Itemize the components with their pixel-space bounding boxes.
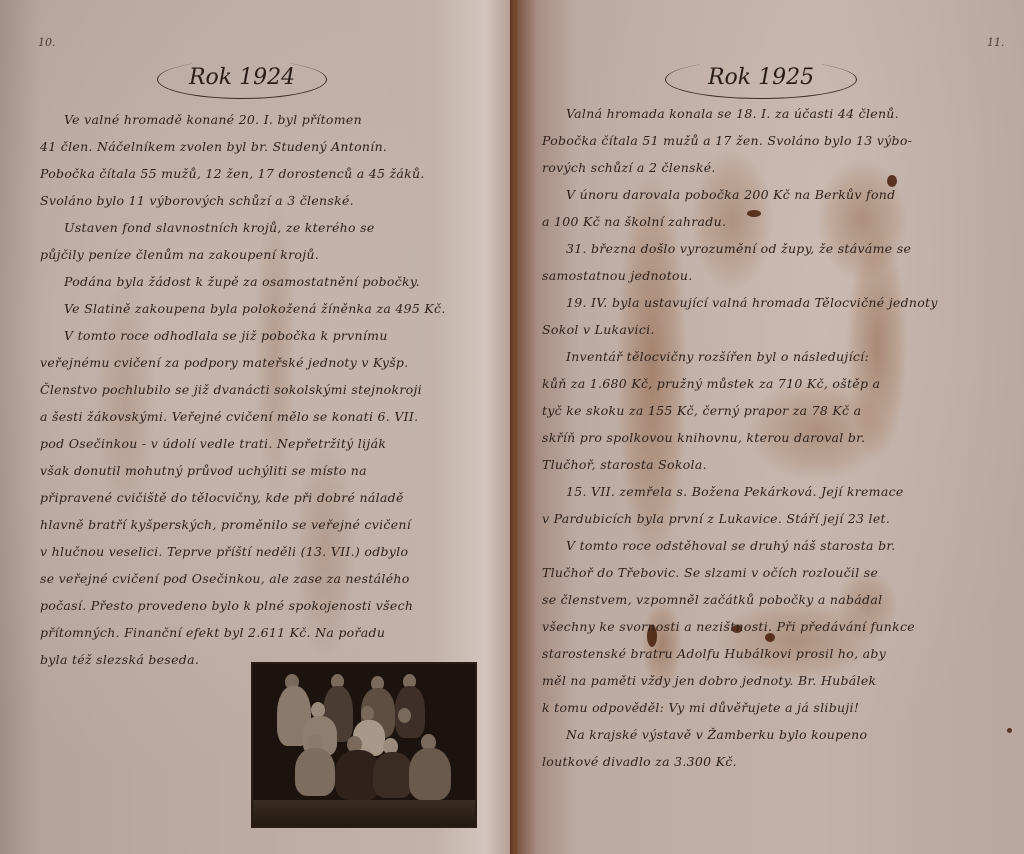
text-line: 15. VII. zemřela s. Božena Pekárková. Je… xyxy=(542,478,1012,505)
text-line: kůň za 1.680 Kč, pružný můstek za 710 Kč… xyxy=(542,370,1012,397)
text-line: Inventář tělocvičny rozšířen byl o násle… xyxy=(542,343,1012,370)
text-line: V únoru darovala pobočka 200 Kč na Berků… xyxy=(542,181,1012,208)
open-chronicle-book: 10. Rok 1924 Ve valné hromadě konané 20.… xyxy=(0,0,1024,854)
text-line: Valná hromada konala se 18. I. za účasti… xyxy=(542,100,1012,127)
text-line: půjčily peníze členům na zakoupení krojů… xyxy=(40,241,495,268)
text-line: skříň pro spolkovou knihovnu, kterou dar… xyxy=(542,424,1012,451)
text-line: Členstvo pochlubilo se již dvanácti soko… xyxy=(40,376,495,403)
text-line: počasí. Přesto provedeno bylo k plné spo… xyxy=(40,592,495,619)
text-line: V tomto roce odstěhoval se druhý náš sta… xyxy=(542,532,1012,559)
text-line: Pobočka čítala 51 mužů a 17 žen. Svoláno… xyxy=(542,127,1012,154)
text-line: hlavně bratří kyšperských, proměnilo se … xyxy=(40,511,495,538)
text-line: 31. března došlo vyrozumění od župy, že … xyxy=(542,235,1012,262)
text-line: a 100 Kč na školní zahradu. xyxy=(542,208,1012,235)
page-number-right: 11. xyxy=(987,36,1005,49)
year-heading-1925: Rok 1925 xyxy=(665,60,857,99)
text-line: Pobočka čítala 55 mužů, 12 žen, 17 doros… xyxy=(40,160,495,187)
text-line: Ustaven fond slavnostních krojů, ze kter… xyxy=(40,214,495,241)
text-line: v hlučnou veselici. Teprve příští neděli… xyxy=(40,538,495,565)
text-line: Tlučhoř do Třebovic. Se slzami v očích r… xyxy=(542,559,1012,586)
text-line: Ve Slatině zakoupena byla polokožená žín… xyxy=(40,295,495,322)
right-page: 11. Rok 1925 Valná hromada konala se 18.… xyxy=(517,0,1024,854)
text-line: Sokol v Lukavici. xyxy=(542,316,1012,343)
text-line: 41 člen. Náčelníkem zvolen byl br. Stude… xyxy=(40,133,495,160)
text-line: se členstvem, vzpomněl začátků pobočky a… xyxy=(542,586,1012,613)
text-line: a šesti žákovskými. Veřejné cvičení mělo… xyxy=(40,403,495,430)
group-photograph xyxy=(253,664,475,826)
text-line: Ve valné hromadě konané 20. I. byl příto… xyxy=(40,106,495,133)
entry-text-1925: Valná hromada konala se 18. I. za účasti… xyxy=(542,100,1012,775)
text-line: starostenské bratru Adolfu Hubálkovi pro… xyxy=(542,640,1012,667)
text-line: tyč ke skoku za 155 Kč, černý prapor za … xyxy=(542,397,1012,424)
year-heading-1924: Rok 1924 xyxy=(157,60,327,99)
text-line: všechny ke svornosti a nezištnosti. Při … xyxy=(542,613,1012,640)
text-line: přítomných. Finanční efekt byl 2.611 Kč.… xyxy=(40,619,495,646)
text-line: pod Osečinkou - v údolí vedle trati. Nep… xyxy=(40,430,495,457)
text-line: připravené cvičiště do tělocvičny, kde p… xyxy=(40,484,495,511)
text-line: rových schůzí a 2 členské. xyxy=(542,154,1012,181)
text-line: Podána byla žádost k župě za osamostatně… xyxy=(40,268,495,295)
text-line: v Pardubicích byla první z Lukavice. Stá… xyxy=(542,505,1012,532)
text-line: 19. IV. byla ustavující valná hromada Tě… xyxy=(542,289,1012,316)
entry-text-1924: Ve valné hromadě konané 20. I. byl příto… xyxy=(40,106,495,673)
left-page: 10. Rok 1924 Ve valné hromadě konané 20.… xyxy=(0,0,512,854)
text-line: k tomu odpověděl: Vy mi důvěřujete a já … xyxy=(542,694,1012,721)
text-line: však donutil mohutný průvod uchýliti se … xyxy=(40,457,495,484)
text-line: V tomto roce odhodlala se již pobočka k … xyxy=(40,322,495,349)
text-line: veřejnému cvičení za podpory mateřské je… xyxy=(40,349,495,376)
text-line: Svoláno bylo 11 výborových schůzí a 3 čl… xyxy=(40,187,495,214)
page-number-left: 10. xyxy=(38,36,56,49)
text-line: loutkové divadlo za 3.300 Kč. xyxy=(542,748,1012,775)
text-line: samostatnou jednotou. xyxy=(542,262,1012,289)
text-line: Tlučhoř, starosta Sokola. xyxy=(542,451,1012,478)
text-line: Na krajské výstavě v Žamberku bylo koupe… xyxy=(542,721,1012,748)
text-line: se veřejné cvičení pod Osečinkou, ale za… xyxy=(40,565,495,592)
text-line: měl na paměti vždy jen dobro jednoty. Br… xyxy=(542,667,1012,694)
